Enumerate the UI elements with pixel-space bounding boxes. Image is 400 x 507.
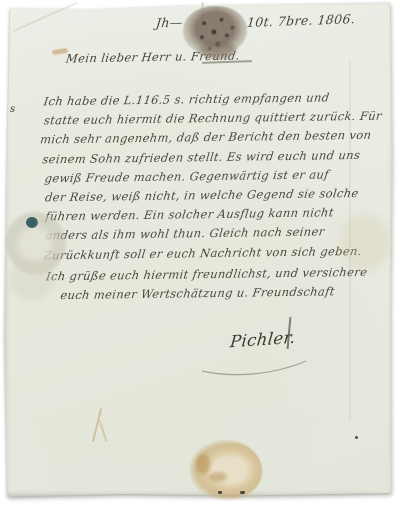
wax-seal-stain-blob	[209, 472, 227, 482]
ink-speck	[355, 436, 358, 439]
edge-speck	[218, 491, 222, 494]
letter-photograph: Jh— 10t. 7bre. 1806. Mein lieber Herr u.…	[0, 0, 400, 507]
body-line: Zurückkunft soll er euch Nachricht von s…	[43, 241, 385, 265]
postmark-stain-lobe	[198, 40, 238, 60]
dateline-place: Jh—	[155, 15, 183, 31]
water-stain-left-lower	[10, 260, 54, 300]
letter-body: Ich habe die L.116.5 s. richtig empfange…	[44, 88, 385, 306]
signature-flourish	[198, 354, 313, 380]
margin-mark: s	[10, 104, 15, 115]
water-stain-right	[340, 214, 390, 270]
wax-seal-stain-blob	[196, 454, 210, 474]
edge-speck	[240, 491, 245, 494]
ink-spot-teal	[26, 217, 38, 228]
